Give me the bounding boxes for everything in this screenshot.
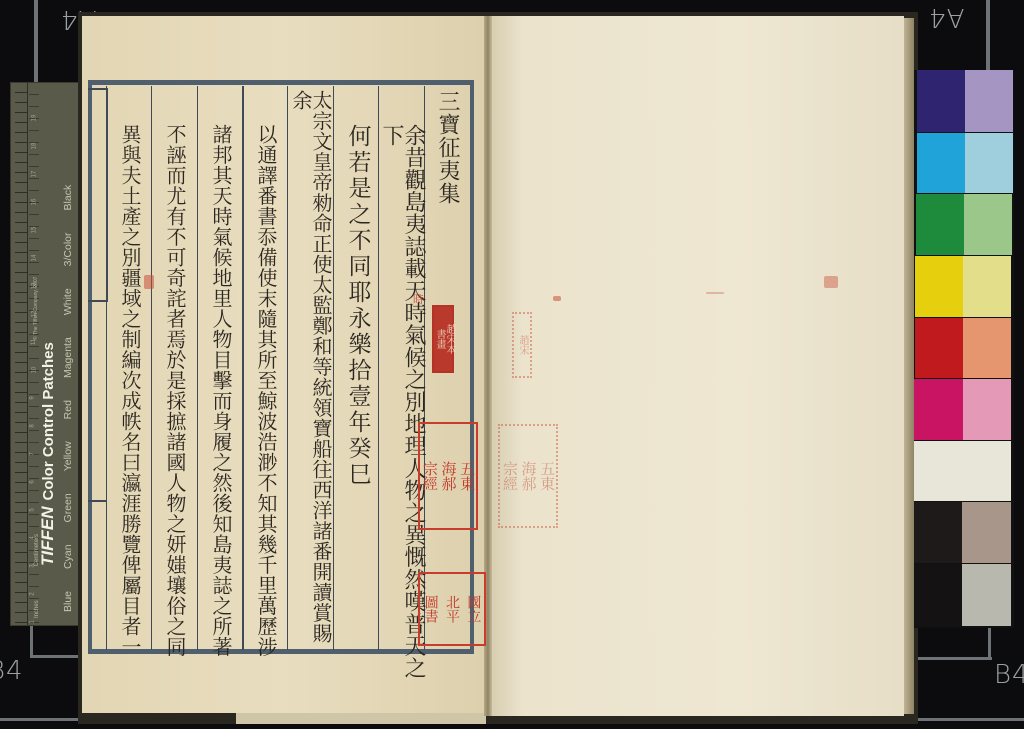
frame-side-tab bbox=[88, 500, 106, 652]
column-rule bbox=[106, 86, 107, 650]
frame-side-tab bbox=[88, 88, 108, 302]
column-text: 不誣而尤有不可奇詫者焉於是採摭諸國人物之妍媸壤俗之同 bbox=[165, 124, 185, 657]
ruler-cm-mark: 16 bbox=[31, 199, 37, 206]
seal-text: 海郝 bbox=[520, 461, 535, 491]
patch-green bbox=[916, 194, 964, 255]
color-label-white: White bbox=[62, 288, 74, 315]
color-patch-strip bbox=[914, 70, 1014, 628]
ruler-cm-mark: 10 bbox=[31, 367, 37, 374]
board-line bbox=[30, 655, 82, 658]
patch-cyan bbox=[917, 133, 965, 193]
board-line bbox=[988, 628, 991, 660]
column-text: 諸邦其天時氣候地里人物目擊而身履之然後知島夷誌之所著 bbox=[211, 124, 231, 657]
patch-green-light bbox=[964, 194, 1012, 255]
patch-cyan-light bbox=[965, 133, 1013, 193]
column-rule bbox=[242, 86, 244, 650]
patch-black bbox=[914, 502, 962, 563]
color-label-red: Red bbox=[62, 400, 74, 419]
patch-3color-brown bbox=[962, 502, 1011, 563]
column-rule bbox=[333, 86, 334, 650]
color-label-yellow: Yellow bbox=[62, 441, 74, 471]
ruler-cm-mark: 6 bbox=[30, 480, 36, 483]
ruler-unit-inches: Inches bbox=[34, 600, 40, 618]
color-label-green: Green bbox=[62, 493, 74, 522]
color-label-cyan: Cyan bbox=[62, 544, 74, 569]
board-line bbox=[34, 0, 38, 82]
patch-yellow-light bbox=[963, 256, 1011, 317]
text-column-3: 太宗文皇帝勑命正使太監鄭和等統領寶船往西洋諸番開讀賞賜余 bbox=[290, 90, 332, 646]
tiffen-logo: TIFFEN bbox=[38, 507, 57, 567]
ruler-cm-mark: 18 bbox=[31, 143, 37, 150]
patch-red-light bbox=[963, 318, 1011, 378]
patch-red bbox=[915, 318, 963, 378]
seal-text: 北平 bbox=[445, 595, 459, 623]
book-title: 三寶征夷集 bbox=[436, 90, 458, 205]
column-rule bbox=[151, 86, 152, 650]
ruler-cm-mark: 7 bbox=[30, 452, 36, 455]
red-mark bbox=[706, 292, 724, 294]
text-column-4: 以通譯番書忝備使末隨其所至鯨波浩渺不知其幾千里萬歷涉 bbox=[245, 124, 287, 680]
ruler-cm-mark: 1 bbox=[30, 620, 36, 623]
patch-gray bbox=[962, 564, 1011, 626]
seal-text: 五東 bbox=[539, 461, 554, 491]
patch-magenta-light bbox=[963, 379, 1011, 440]
color-label-magenta: Magenta bbox=[62, 337, 74, 378]
book-underlayer bbox=[236, 712, 486, 724]
red-mark bbox=[824, 276, 838, 288]
ruler-cm-mark: 9 bbox=[30, 396, 36, 399]
text-column-5: 諸邦其天時氣候地里人物目擊而身履之然後知島夷誌之所著 bbox=[200, 124, 242, 680]
column-text: 異與夫土產之別疆域之制編次成帙名曰瀛涯勝覽俾屬目者一 bbox=[120, 124, 140, 657]
seal-3: 國立 北平 圖書 bbox=[418, 572, 486, 646]
patch-blue-light bbox=[965, 70, 1013, 132]
board-label-bottom-left: B4 bbox=[0, 656, 24, 686]
ruler-color-labels: BlueCyanGreenYellowRedMagentaWhite3/Colo… bbox=[62, 163, 74, 612]
color-label-black: Black bbox=[62, 185, 74, 211]
column-text: 以通譯番書忝備使末隨其所至鯨波浩渺不知其幾千里萬歷涉 bbox=[256, 124, 276, 657]
red-mark bbox=[144, 275, 154, 289]
text-column-7: 異與夫土產之別疆域之制編次成帙名曰瀛涯勝覽俾屬目者一 bbox=[109, 124, 151, 680]
text-column-2: 何若是之不同耶永樂拾壹年癸巳 bbox=[336, 124, 378, 680]
column-rule bbox=[287, 86, 288, 650]
red-mark bbox=[553, 296, 561, 301]
seal-5: 趙宋 bbox=[512, 312, 532, 378]
patch-yellow bbox=[915, 256, 963, 317]
ruler-brand-title: TIFFENColor Control Patches bbox=[38, 342, 58, 566]
column-text: 何若是之不同耶永樂拾壹年癸巳 bbox=[346, 124, 369, 488]
seal-text: 趙宋本 bbox=[444, 324, 454, 354]
ruler-cm-mark: 17 bbox=[31, 171, 37, 178]
column-rule bbox=[197, 86, 198, 650]
color-label-blue: Blue bbox=[62, 591, 74, 612]
board-line bbox=[986, 0, 990, 70]
ruler-copyright: © The Tiffen Company, 2007 bbox=[33, 277, 39, 340]
right-page-edge bbox=[904, 18, 914, 714]
column-rule bbox=[378, 86, 379, 650]
board-line bbox=[906, 657, 992, 660]
seal-text: 趙宋 bbox=[517, 335, 527, 355]
patch-blue bbox=[917, 70, 965, 132]
seal-text: 圖書 bbox=[424, 595, 438, 623]
ruler-unit-cm: Centimeters bbox=[34, 534, 40, 566]
color-label-3color: 3/Color bbox=[62, 232, 74, 266]
seal-text: 書畫 bbox=[434, 329, 444, 349]
text-column-6: 不誣而尤有不可奇詫者焉於是採摭諸國人物之妍媸壤俗之同 bbox=[154, 124, 196, 680]
patch-white bbox=[914, 441, 1011, 501]
seal-text: 宗經 bbox=[422, 461, 437, 491]
right-page bbox=[490, 16, 904, 716]
ruler-cm-mark: 19 bbox=[31, 115, 37, 122]
ruler-ticks-inch bbox=[15, 83, 28, 625]
board-label-top-right: A4 bbox=[928, 2, 964, 32]
seal-2: 五東 海郝 宗經 bbox=[418, 422, 478, 530]
seal-1: 趙宋本 書畫 bbox=[432, 305, 454, 373]
marginal-note: 時 bbox=[413, 291, 424, 307]
seal-text: 五東 bbox=[459, 461, 474, 491]
seal-4: 五東 海郝 宗經 bbox=[498, 424, 558, 528]
ruler-cm-mark: 14 bbox=[31, 255, 37, 262]
text-column-1: 余昔觀島夷誌載天時氣候之別地理人物之異慨然嘆普天之下 bbox=[381, 124, 423, 680]
seal-text: 國立 bbox=[466, 595, 480, 623]
ruler-units: InchesCentimeters bbox=[34, 500, 40, 618]
board-label-bottom-right: B4 bbox=[994, 660, 1024, 690]
column-text: 太宗文皇帝勑命正使太監鄭和等統領寶船往西洋諸番開讀賞賜余 bbox=[291, 90, 331, 646]
ruler-cm-mark: 8 bbox=[30, 424, 36, 427]
seal-text: 宗經 bbox=[502, 461, 517, 491]
patch-magenta bbox=[914, 379, 963, 440]
seal-text: 海郝 bbox=[440, 461, 455, 491]
ruler-cm-mark: 15 bbox=[31, 227, 37, 234]
patch-black-2 bbox=[914, 564, 962, 626]
ruler-title: Color Control Patches bbox=[40, 342, 57, 500]
